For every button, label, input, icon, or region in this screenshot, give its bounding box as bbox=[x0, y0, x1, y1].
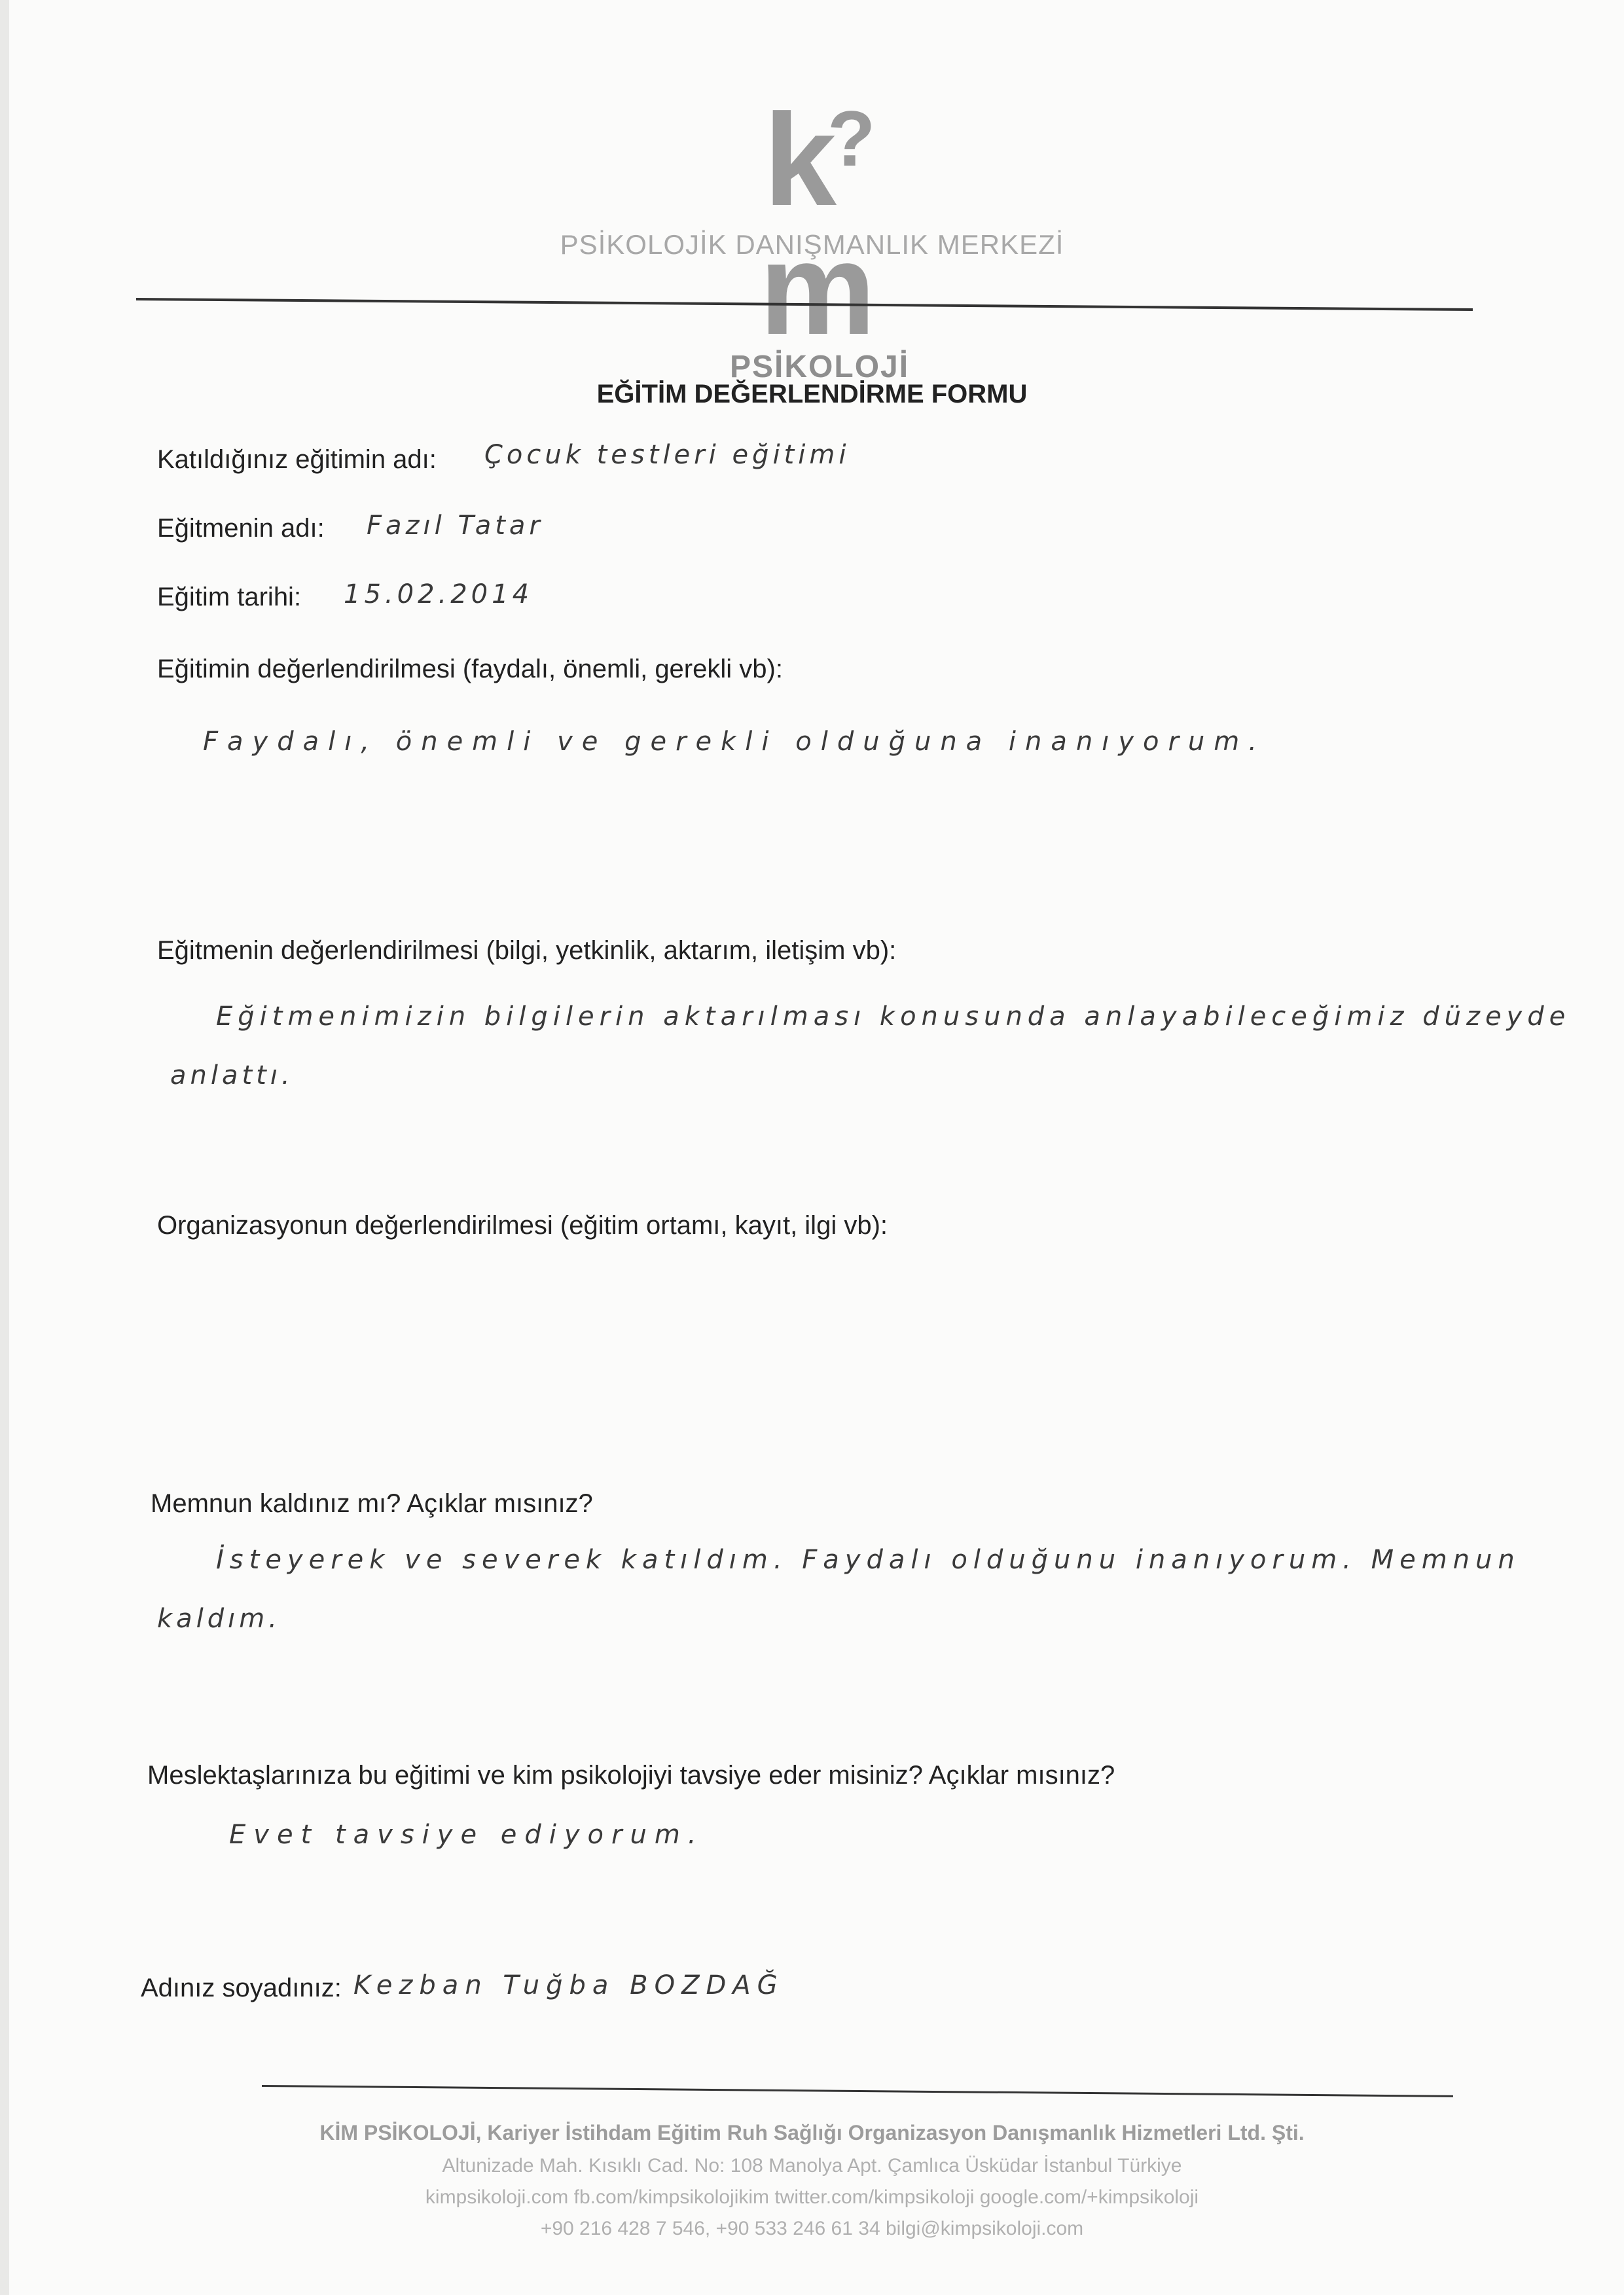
satisfaction-line-1: İsteyerek ve severek katıldım. Faydalı o… bbox=[216, 1545, 1521, 1575]
trainer-eval-line-2: anlattı. bbox=[170, 1060, 294, 1091]
training-eval-line-1: Faydalı, önemli ve gerekli olduğuna inan… bbox=[203, 727, 1266, 757]
full-name-label: Adınız soyadınız: bbox=[141, 1974, 342, 2003]
training-date-label: Eğitim tarihi: bbox=[157, 583, 301, 612]
trainer-eval-label: Eğitmenin değerlendirilmesi (bilgi, yetk… bbox=[157, 936, 896, 966]
satisfaction-line-2: kaldım. bbox=[157, 1604, 281, 1634]
center-name: PSİKOLOJİK DANIŞMANLIK MERKEZİ bbox=[0, 229, 1624, 261]
satisfaction-label: Memnun kaldınız mı? Açıklar mısınız? bbox=[151, 1489, 593, 1519]
training-eval-label: Eğitimin değerlendirilmesi (faydalı, öne… bbox=[157, 655, 783, 684]
recommend-line-1: Evet tavsiye ediyorum. bbox=[229, 1820, 704, 1850]
training-name-value: Çocuk testleri eğitimi bbox=[484, 440, 850, 470]
footer-contact: +90 216 428 7 546, +90 533 246 61 34 bil… bbox=[0, 2218, 1624, 2240]
form-title: EĞİTİM DEĞERLENDİRME FORMU bbox=[0, 380, 1624, 409]
trainer-name-value: Fazıl Tatar bbox=[367, 511, 544, 541]
training-date-value: 15.02.2014 bbox=[344, 579, 533, 609]
scan-edge bbox=[0, 0, 9, 2295]
footer-address: Altunizade Mah. Kısıklı Cad. No: 108 Man… bbox=[0, 2155, 1624, 2177]
footer-company: KİM PSİKOLOJİ, Kariyer İstihdam Eğitim R… bbox=[0, 2121, 1624, 2145]
full-name-value: Kezban Tuğba BOZDAĞ bbox=[353, 1970, 784, 2000]
recommend-label: Meslektaşlarınıza bu eğitimi ve kim psik… bbox=[147, 1761, 1115, 1790]
logo-mark: k?m bbox=[730, 105, 900, 345]
footer-divider bbox=[262, 2085, 1453, 2097]
trainer-eval-line-1: Eğitmenimizin bilgilerin aktarılması kon… bbox=[216, 1002, 1570, 1032]
training-name-label: Katıldığınız eğitimin adı: bbox=[157, 445, 437, 475]
organization-eval-label: Organizasyonun değerlendirilmesi (eğitim… bbox=[157, 1211, 888, 1240]
trainer-name-label: Eğitmenin adı: bbox=[157, 514, 325, 543]
footer-web: kimpsikoloji.com fb.com/kimpsikolojikim … bbox=[0, 2186, 1624, 2209]
question-mark-icon: ? bbox=[827, 95, 870, 183]
